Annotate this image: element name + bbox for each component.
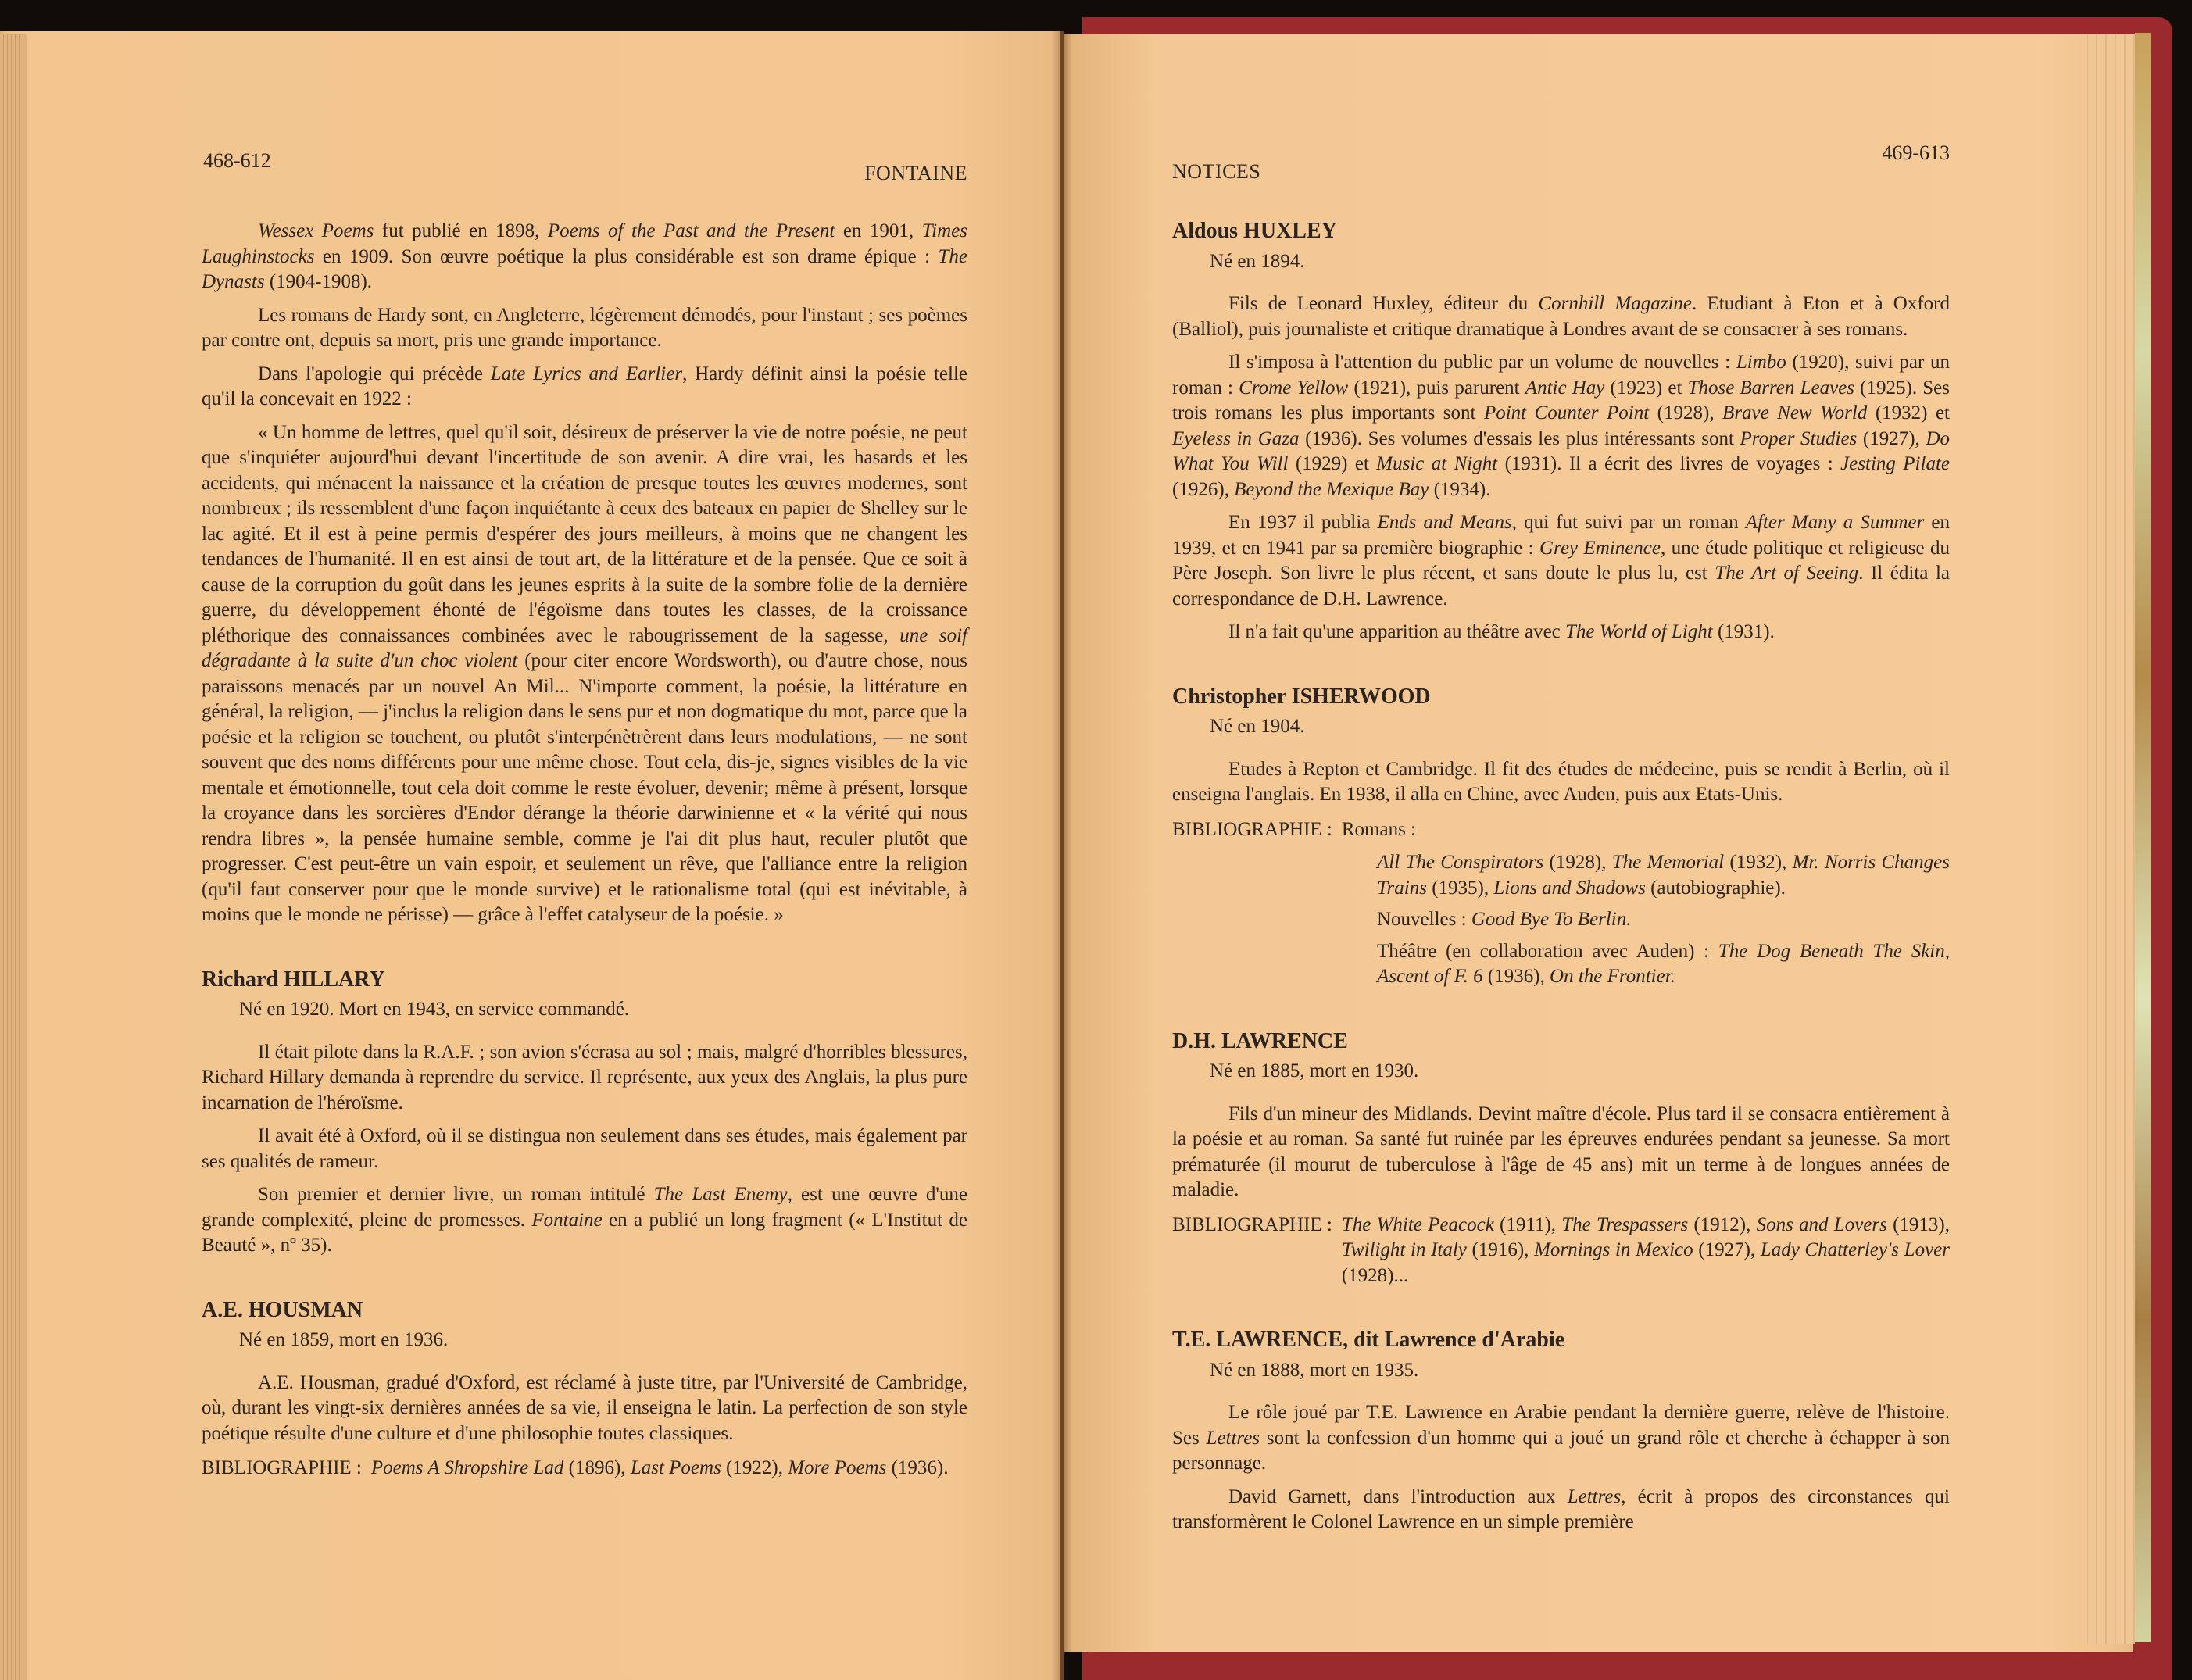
page-number: 469-613 [1882, 141, 1950, 166]
left-running-head: 468-612 FONTAINE [202, 148, 967, 219]
bibliography: BIBLIOGRAPHIE : Romans : [1172, 817, 1950, 843]
bibliography-text: Poems A Shropshire Lad (1896), Last Poem… [371, 1456, 949, 1482]
paragraph: Les romans de Hardy sont, en Angleterre,… [202, 303, 967, 354]
paragraph: Il n'a fait qu'une apparition au théâtre… [1172, 620, 1950, 645]
entry-dates: Né en 1885, mort en 1930. [1210, 1059, 1950, 1085]
entry-dates: Né en 1904. [1210, 714, 1950, 740]
paragraph: Dans l'apologie qui précède Late Lyrics … [202, 362, 967, 413]
entry-heading: D.H. LAWRENCE [1172, 1029, 1950, 1055]
bibliography-label: BIBLIOGRAPHIE : [202, 1456, 371, 1482]
entry-dates: Né en 1920. Mort en 1943, en service com… [239, 997, 967, 1023]
paragraph: Il s'imposa à l'attention du public par … [1172, 350, 1950, 502]
paragraph: Fils de Leonard Huxley, éditeur du Cornh… [1172, 291, 1950, 342]
paragraph: Etudes à Repton et Cambridge. Il fit des… [1172, 757, 1950, 808]
running-title: NOTICES [1172, 159, 1260, 185]
entry-heading: Christopher ISHERWOOD [1172, 685, 1950, 710]
left-page-edges [0, 34, 27, 1680]
bibliography-theatre: Théâtre (en collaboration avec Auden) : … [1377, 939, 1950, 990]
entry-heading: T.E. LAWRENCE, dit Lawrence d'Arabie [1172, 1328, 1950, 1353]
bibliography-text: Romans : [1342, 817, 1416, 843]
entry-dates: Né en 1894. [1210, 249, 1950, 275]
entry-dates: Né en 1859, mort en 1936. [239, 1328, 967, 1353]
page-number: 468-612 [203, 148, 271, 174]
entry-huxley: Aldous HUXLEY Né en 1894. Fils de Leonar… [1172, 219, 1950, 645]
right-page-edges [2079, 34, 2135, 1644]
right-running-head: NOTICES 469-613 [1172, 148, 1950, 219]
bibliography-novels: All The Conspirators (1928), The Memoria… [1377, 850, 1950, 901]
book-gutter [1060, 31, 1064, 1680]
paragraph: Son premier et dernier livre, un roman i… [202, 1182, 967, 1259]
entry-isherwood: Christopher ISHERWOOD Né en 1904. Etudes… [1172, 685, 1950, 990]
paragraph: Il était pilote dans la R.A.F. ; son avi… [202, 1040, 967, 1117]
bibliography: BIBLIOGRAPHIE : The White Peacock (1911)… [1172, 1213, 1950, 1289]
paragraph: Wessex Poems fut publié en 1898, Poems o… [202, 219, 967, 295]
paragraph: A.E. Housman, gradué d'Oxford, est récla… [202, 1371, 967, 1447]
entry-dates: Né en 1888, mort en 1935. [1210, 1358, 1950, 1384]
bibliography-text: The White Peacock (1911), The Trespasser… [1342, 1213, 1950, 1289]
bibliography-stories: Nouvelles : Good Bye To Berlin. [1377, 907, 1950, 933]
entry-te-lawrence: T.E. LAWRENCE, dit Lawrence d'Arabie Né … [1172, 1328, 1950, 1535]
paragraph: Le rôle joué par T.E. Lawrence en Arabie… [1172, 1400, 1950, 1477]
right-page-text: NOTICES 469-613 Aldous HUXLEY Né en 1894… [1172, 148, 1950, 1543]
marbled-endpaper [2135, 33, 2151, 1642]
entry-hillary: Richard HILLARY Né en 1920. Mort en 1943… [202, 967, 967, 1259]
entry-heading: Richard HILLARY [202, 967, 967, 993]
bibliography-label: BIBLIOGRAPHIE : [1172, 1213, 1342, 1289]
paragraph: Fils d'un mineur des Midlands. Devint ma… [1172, 1102, 1950, 1203]
bibliography-label: BIBLIOGRAPHIE : [1172, 817, 1342, 843]
quote-paragraph: « Un homme de lettres, quel qu'il soit, … [202, 420, 967, 928]
left-page-text: 468-612 FONTAINE Wessex Poems fut publié… [202, 148, 967, 1482]
entry-heading: A.E. HOUSMAN [202, 1298, 967, 1324]
entry-heading: Aldous HUXLEY [1172, 219, 1950, 245]
entry-dh-lawrence: D.H. LAWRENCE Né en 1885, mort en 1930. … [1172, 1029, 1950, 1289]
paragraph: David Garnett, dans l'introduction aux L… [1172, 1485, 1950, 1535]
bibliography: BIBLIOGRAPHIE : Poems A Shropshire Lad (… [202, 1456, 967, 1482]
paragraph: En 1937 il publia Ends and Means, qui fu… [1172, 510, 1950, 612]
running-title: FONTAINE [864, 161, 967, 187]
entry-housman: A.E. HOUSMAN Né en 1859, mort en 1936. A… [202, 1298, 967, 1482]
paragraph: Il avait été à Oxford, où il se distingu… [202, 1124, 967, 1174]
